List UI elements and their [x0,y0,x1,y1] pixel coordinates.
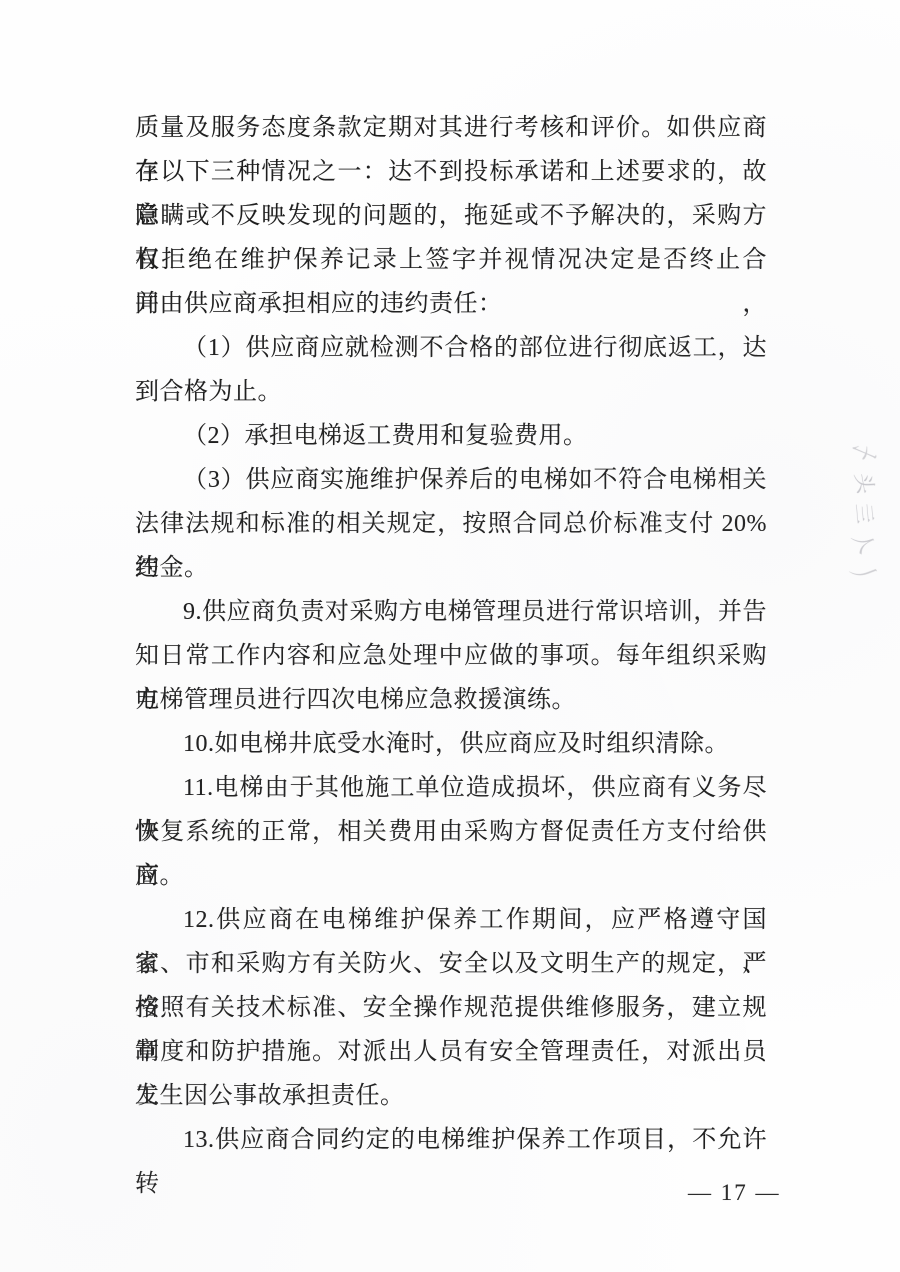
text-line: 到合格为止。 [135,370,767,414]
text-line: 按照有关技术标准、安全操作规范提供维修服务，建立规章 [135,986,767,1030]
text-line: 12.供应商在电梯维护保养工作期间，应严格遵守国家、 [135,898,767,942]
handwritten-margin-note: 乄 头 亖 人 丿 [843,442,883,585]
text-line: 制度和防护措施。对派出人员有安全管理责任，对派出员工 [135,1030,767,1074]
handwriting-mark: 头 [850,472,877,494]
handwriting-mark: 丿 [844,559,881,589]
text-line: 法律法规和标准的相关规定，按照合同总价标准支付 20%违 [135,502,767,546]
text-line: 10.如电梯井底受水淹时，供应商应及时组织清除。 [135,722,767,766]
handwriting-mark: 人 [847,530,879,556]
text-line: 发生因公事故承担责任。 [135,1074,767,1118]
text-line: 在以下三种情况之一：达不到投标承诺和上述要求的，故意 [135,150,767,194]
text-line: （3）供应商实施维护保养后的电梯如不符合电梯相关 [135,458,767,502]
handwriting-mark: 亖 [851,502,876,525]
text-line: 约金。 [135,546,767,590]
text-line: （1）供应商应就检测不合格的部位进行彻底返工，达 [135,326,767,370]
text-line: 恢复系统的正常，相关费用由采购方督促责任方支付给供应 [135,810,767,854]
text-line: 省、市和采购方有关防火、安全以及文明生产的规定，严格 [135,942,767,986]
document-page: 质量及服务态度条款定期对其进行考核和评价。如供应商存 在以下三种情况之一：达不到… [0,0,900,1272]
text-line: 质量及服务态度条款定期对其进行考核和评价。如供应商存 [135,106,767,150]
page-content: 质量及服务态度条款定期对其进行考核和评价。如供应商存 在以下三种情况之一：达不到… [135,106,767,1162]
text-line: 9.供应商负责对采购方电梯管理员进行常识培训，并告 [135,590,767,634]
text-line: 电梯管理员进行四次电梯应急救援演练。 [135,678,767,722]
text-line: 11.电梯由于其他施工单位造成损坏，供应商有义务尽快 [135,766,767,810]
text-line: 权拒绝在维护保养记录上签字并视情况决定是否终止合同， [135,238,767,282]
handwriting-mark: 乄 [847,441,879,465]
text-line: 隐瞒或不反映发现的问题的，拖延或不予解决的，采购方有 [135,194,767,238]
text-line: 知日常工作内容和应急处理中应做的事项。每年组织采购方 [135,634,767,678]
text-line: 商。 [135,854,767,898]
page-number: — 17 — [688,1180,781,1206]
text-line: （2）承担电梯返工费用和复验费用。 [135,414,767,458]
text-line: 13.供应商合同约定的电梯维护保养工作项目，不允许转 [135,1118,767,1162]
